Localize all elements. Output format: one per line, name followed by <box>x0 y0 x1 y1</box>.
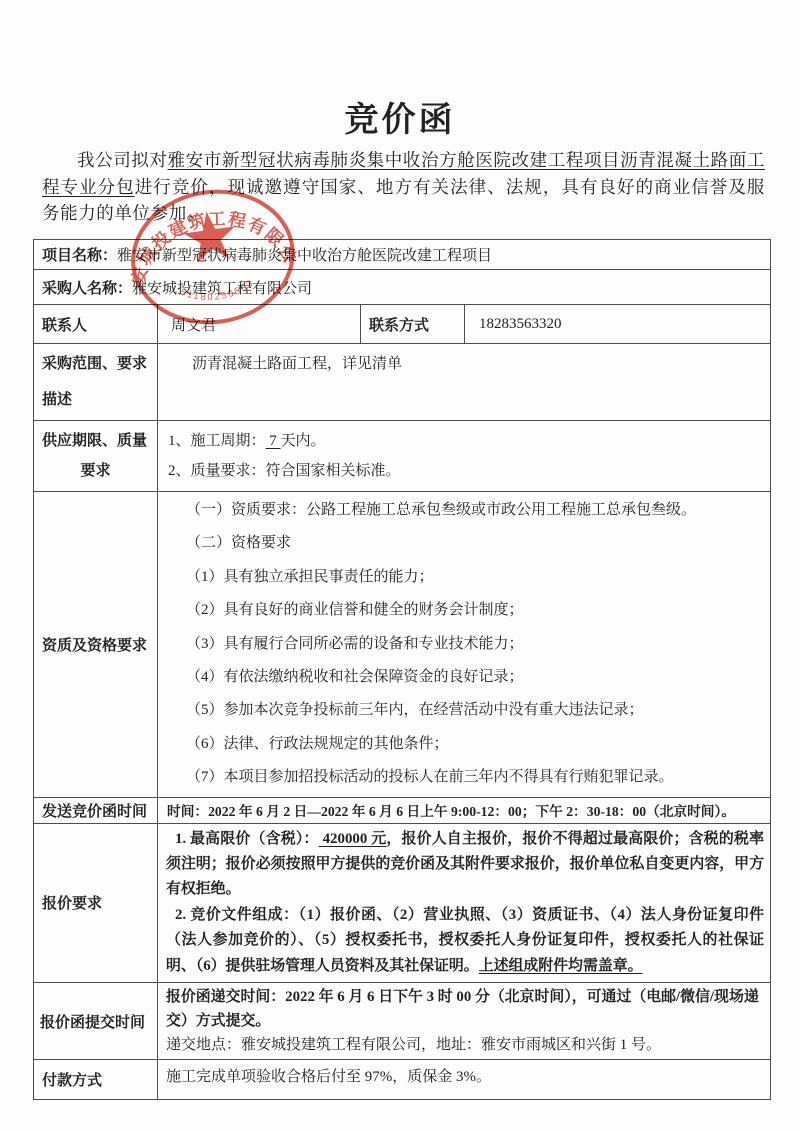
qualification-label: 资质及资格要求 <box>34 492 158 798</box>
project-name-value: 雅安市新型冠状病毒肺炎集中收治方舱医院改建工程项目 <box>117 248 492 264</box>
qual-item-7: （5）参加本次竞争投标前三年内，在经营活动中没有重大违法记录； <box>186 694 762 727</box>
payment-label: 付款方式 <box>34 1060 158 1100</box>
supply-label-line1: 供应期限、质量 <box>42 433 147 449</box>
supply-content: 1、施工周期： 7 天内。 2、质量要求：符合国家相关标准。 <box>158 421 771 492</box>
page-title: 竞价函 <box>0 92 800 141</box>
supply-label: 供应期限、质量 要求 <box>34 421 158 492</box>
qual-item-3: （1）具有独立承担民事责任的能力； <box>186 561 762 594</box>
submit-time-content: 报价函递交时间：2022 年 6 月 6 日下午 3 时 00 分（北京时间），… <box>158 983 771 1060</box>
table-row-qualification: 资质及资格要求 （一）资质要求：公路工程施工总承包叁级或市政公用工程施工总承包叁… <box>34 492 771 798</box>
qual-item-9: （7）本项目参加招投标活动的投标人在前三年内不得具有行贿犯罪记录。 <box>186 761 762 794</box>
qual-item-4: （2）具有良好的商业信誉和健全的财务会计制度； <box>186 594 762 627</box>
intro-pre: 我公司拟对 <box>77 150 168 170</box>
table-row-payment: 付款方式 施工完成单项验收合格后付至 97%，质保金 3%。 <box>34 1060 771 1100</box>
table-row-supply: 供应期限、质量 要求 1、施工周期： 7 天内。 2、质量要求：符合国家相关标准… <box>34 421 771 492</box>
supply-item-1: 1、施工周期： 7 天内。 <box>168 426 762 456</box>
send-time-label: 发送竞价函时间 <box>34 797 158 823</box>
supply-label-line2: 要求 <box>42 456 149 486</box>
contact-name-value: 周文君 <box>158 305 361 344</box>
table-row-purchaser: 采购人名称：雅安城投建筑工程有限公司 <box>34 270 771 305</box>
contact-method-label: 联系方式 <box>361 305 465 344</box>
quote-req-label: 报价要求 <box>34 823 158 982</box>
quote-req-max-price: 420000 元 <box>319 831 387 847</box>
contact-phone-value: 18283563320 <box>465 305 771 344</box>
qual-item-6: （4）有依法缴纳税收和社会保障资金的良好记录； <box>186 661 762 694</box>
table-row-project-name: 项目名称：雅安市新型冠状病毒肺炎集中收治方舱医院改建工程项目 <box>34 240 771 270</box>
bid-info-table: 项目名称：雅安市新型冠状病毒肺炎集中收治方舱医院改建工程项目 采购人名称：雅安城… <box>33 239 771 1100</box>
qual-item-1: （一）资质要求：公路工程施工总承包叁级或市政公用工程施工总承包叁级。 <box>186 494 762 527</box>
qualification-content: （一）资质要求：公路工程施工总承包叁级或市政公用工程施工总承包叁级。 （二）资格… <box>158 492 771 798</box>
quote-req-paragraph-2: 2. 竞价文件组成：（1）报价函、（2）营业执照、（3）资质证书、（4）法人身份… <box>166 903 764 979</box>
table-row-send-time: 发送竞价函时间 时间：2022 年 6 月 2 日—2022 年 6 月 6 日… <box>34 797 771 823</box>
document-page: 竞价函 我公司拟对雅安市新型冠状病毒肺炎集中收治方舱医院改建工程项目沥青混凝土路… <box>0 0 800 1131</box>
table-row-scope: 采购范围、要求 描述 沥青混凝土路面工程，详见清单 <box>34 344 771 421</box>
purchaser-label: 采购人名称： <box>42 281 132 297</box>
purchaser-cell: 采购人名称：雅安城投建筑工程有限公司 <box>34 270 771 305</box>
scope-label-line1: 采购范围、要求 <box>42 356 147 372</box>
supply-item-2: 2、质量要求：符合国家相关标准。 <box>168 456 762 486</box>
table-row-submit-time: 报价函提交时间 报价函递交时间：2022 年 6 月 6 日下午 3 时 00 … <box>34 983 771 1060</box>
scope-label-line2: 描述 <box>42 392 72 408</box>
scope-content: 沥青混凝土路面工程，详见清单 <box>158 344 771 421</box>
send-time-value: 时间：2022 年 6 月 2 日—2022 年 6 月 6 日上午 9:00-… <box>158 797 771 823</box>
supply-item1-pre: 1、施工周期： <box>168 433 266 449</box>
quote-req-p2-stamp-note: 上述组成附件均需盖章。 <box>479 958 643 974</box>
qual-item-2: （二）资格要求 <box>186 527 762 560</box>
purchaser-value: 雅安城投建筑工程有限公司 <box>132 281 312 297</box>
supply-item1-days: 7 <box>266 433 281 449</box>
quote-req-p2-pre: 2. 竞价文件组成：（1）报价函、（2）营业执照、（3）资质证书、（4）法人身份… <box>166 907 764 974</box>
quote-req-p1-pre: 1. 最高限价（含税）： <box>175 831 319 847</box>
intro-post: 进行竞价，现诚邀遵守国家、地方有关法律、法规，具有良好的商业信誉及服务能力的单位… <box>42 177 765 224</box>
quote-req-paragraph-1: 1. 最高限价（含税）： 420000 元，报价人自主报价，报价不得超过最高限价… <box>166 827 764 903</box>
submit-time-line2: 递交地点：雅安城投建筑工程有限公司，地址：雅安市雨城区和兴街 1 号。 <box>166 1033 762 1057</box>
table-row-quote-requirements: 报价要求 1. 最高限价（含税）： 420000 元，报价人自主报价，报价不得超… <box>34 823 771 982</box>
qual-item-8: （6）法律、行政法规规定的其他条件； <box>186 728 762 761</box>
supply-item1-post: 天内。 <box>281 433 326 449</box>
project-name-cell: 项目名称：雅安市新型冠状病毒肺炎集中收治方舱医院改建工程项目 <box>34 240 771 270</box>
submit-time-line1: 报价函递交时间：2022 年 6 月 6 日下午 3 时 00 分（北京时间），… <box>166 985 762 1033</box>
contact-label: 联系人 <box>34 305 158 344</box>
project-name-label: 项目名称： <box>42 248 117 264</box>
quote-req-content: 1. 最高限价（含税）： 420000 元，报价人自主报价，报价不得超过最高限价… <box>158 823 771 982</box>
payment-content: 施工完成单项验收合格后付至 97%，质保金 3%。 <box>158 1060 771 1100</box>
submit-time-label: 报价函提交时间 <box>34 983 158 1060</box>
qual-item-5: （3）具有履行合同所必需的设备和专业技术能力； <box>186 628 762 661</box>
scope-label: 采购范围、要求 描述 <box>34 344 158 421</box>
intro-paragraph: 我公司拟对雅安市新型冠状病毒肺炎集中收治方舱医院改建工程项目沥青混凝土路面工程专… <box>42 147 765 227</box>
table-row-contact: 联系人 周文君 联系方式 18283563320 <box>34 305 771 344</box>
